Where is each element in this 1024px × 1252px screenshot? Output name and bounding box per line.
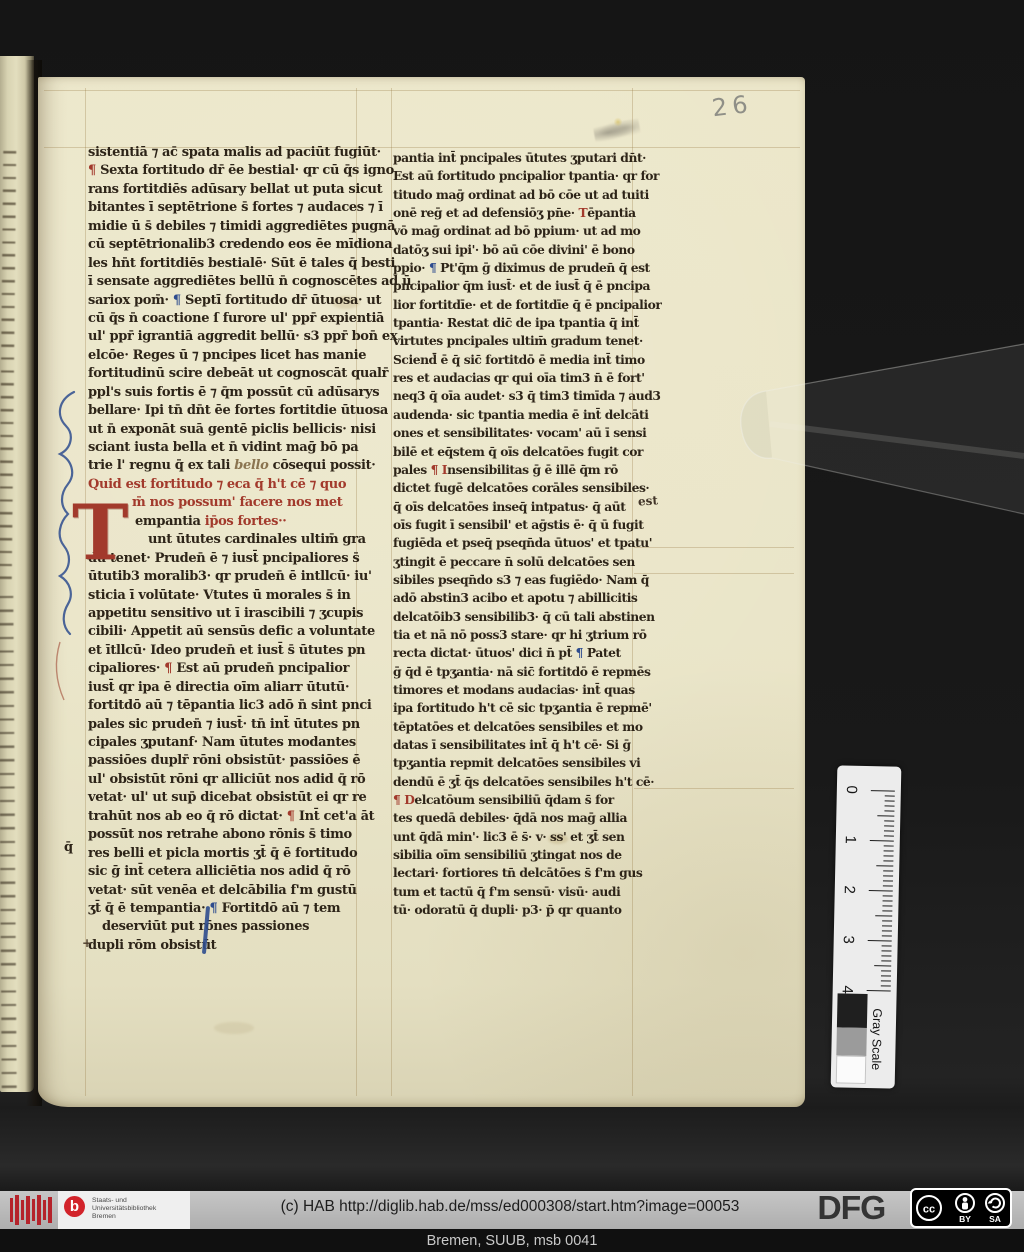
grayscale-light-patch xyxy=(836,1055,867,1084)
body-text: lior fortitdīe· et de fortitdīe q̄ ē pnc… xyxy=(393,297,661,312)
text-line: vetat· sūt venēa et delcābilia f'm gustū xyxy=(88,882,411,900)
ruler-tick xyxy=(883,875,893,877)
body-text: timores et modans audacias· int̄ quas xyxy=(393,682,635,697)
ruler: 01234 Gray Scale xyxy=(831,765,902,1088)
text-line: neq3 q̄ oīa audet· s3 q̄ tim3 timīda ⁊ a… xyxy=(393,387,661,405)
body-text: vetat· sūt venēa et delcābilia f'm gustū xyxy=(88,883,357,898)
ruler-tick xyxy=(881,985,891,987)
body-text: ul' obsistūt rōni qr alliciūt nos adid q… xyxy=(88,772,365,787)
body-text: tpʒantia repmit delcatōes sensibiles vi xyxy=(393,755,640,770)
body-text: sariox pom̄· xyxy=(88,293,173,308)
body-text: ppl's suis fortis ē ⁊ q̄m possūt cū adūs… xyxy=(88,385,379,400)
body-text: ʒt̄ q̄ ē tempantia· xyxy=(88,901,209,916)
svg-text:cc: cc xyxy=(923,1204,935,1216)
body-text: tpantia· Restat dic̄ de ipa tpantia q̄ i… xyxy=(393,315,639,330)
text-line: ppl's suis fortis ē ⁊ q̄m possūt cū adūs… xyxy=(88,384,411,402)
text-line: tpʒantia repmit delcatōes sensibiles vi xyxy=(393,754,661,772)
body-text: unt ūtutes cardinales ultim̄ gra xyxy=(148,532,366,547)
text-line: passiōes duplr̄ rōni obsistūt· passiōes … xyxy=(88,752,411,770)
stain xyxy=(214,1022,254,1034)
text-line: les hn̄t fortitdiēs bestialē· Sūt ē tale… xyxy=(88,255,411,273)
text-line: Est aū fortitudo pncipalior tpantia· qr … xyxy=(393,167,661,185)
library-name: Staats- und Universitätsbibliothek Breme… xyxy=(92,1197,156,1221)
body-text: trie l' regnu q̄ ex tali xyxy=(88,458,234,473)
body-text: sic ḡ int̄ cetera alliciētia nos adid q̄… xyxy=(88,864,351,879)
ruler-tick xyxy=(881,950,891,952)
body-text: Pt'q̄m ḡ diximus de pruden̄ q̄ est xyxy=(440,260,650,275)
text-line: datas ī sensibilitates int̄ q̄ h't cē· S… xyxy=(393,736,661,754)
suub-b-logo: b xyxy=(64,1196,85,1217)
insertion-mark: + xyxy=(82,936,92,950)
body-text: res et audacias qr qui oīa tim3 n̄ ē for… xyxy=(393,370,645,385)
ruler-number: 0 xyxy=(844,783,858,797)
body-text: possūt nos retrahe abono rōnis s̄ timo xyxy=(88,827,352,842)
text-line: sic ḡ int̄ cetera alliciētia nos adid q̄… xyxy=(88,863,411,881)
ruler-tick xyxy=(885,795,895,797)
dfg-logo: DFG xyxy=(817,1189,885,1227)
body-text: empantia xyxy=(135,514,205,529)
ruler-tick xyxy=(885,800,895,802)
body-text: cibili· Appetit aū sensūs defic a volunt… xyxy=(88,624,375,639)
text-line: cipales ʒputanf· Nam ūtutes modantes xyxy=(88,734,411,752)
stain-speck xyxy=(614,117,622,127)
body-text: ut n̄ exponāt suā gentē piclis bellicis·… xyxy=(88,422,376,437)
body-text: trahūt nos ab eo q̄ rō dictat· xyxy=(88,809,287,824)
text-line: bitantes ī septētrione s̄ fortes ⁊ audac… xyxy=(88,199,411,217)
text-line: ul' ppr̄ igrantiā aggredit bellū· s3 ppr… xyxy=(88,328,411,346)
text-line: onē reḡ et ad defensiōʒ pn̄e· Tēpantia xyxy=(393,204,661,222)
text-column-right: pantia int̄ pncipales ūtutes ʒputari dn̄… xyxy=(393,149,661,919)
text-line: unt q̄dā min'· lic3 ē s̄· v· ss' et ʒt̄ … xyxy=(393,828,661,846)
body-text: et ītllcū· Ideo pruden̄ et iust̄ s̄ ūtut… xyxy=(88,643,365,658)
text-line: dictet fugē delcatōes corāles sensibiles… xyxy=(393,479,661,497)
ruling-line xyxy=(44,90,800,91)
ruler-tick xyxy=(883,880,893,882)
ruler-tick xyxy=(875,915,892,917)
ruler-tick xyxy=(870,840,894,842)
body-text: neq3 q̄ oīa audet· s3 q̄ tim3 timīda ⁊ a… xyxy=(393,388,661,403)
ruler-number: 1 xyxy=(843,832,857,846)
text-line: empantia ip̄os fortes·· xyxy=(88,513,411,531)
grayscale-label: Gray Scale xyxy=(869,994,885,1084)
body-text: sistentiā ⁊ ac̄ spata malis ad paciūt fu… xyxy=(88,145,381,160)
ruler-tick xyxy=(881,980,891,982)
ruler-tick xyxy=(883,895,893,897)
text-line: dū tenet· Pruden̄ ē ⁊ iust̄ pncipaliores… xyxy=(88,550,411,568)
ruler-tick xyxy=(884,835,894,837)
text-line: ūtutib3 moralib3· qr pruden̄ ē intllcū· … xyxy=(88,568,411,586)
body-text: Est aū pruden̄ pncipalior xyxy=(176,661,349,676)
text-line: ¶ Delcatōum sensibiliū q̄dam s̄ for xyxy=(393,791,661,809)
text-line: tes quedā debiles· q̄dā nos maḡ allia xyxy=(393,809,661,827)
text-line: datōʒ sui ipi'· bō aū cōe divini' ē bono xyxy=(393,241,661,259)
library-name-line1: Staats- und xyxy=(92,1197,156,1205)
body-text: titudo maḡ ordinat ad bō cōe ut ad tuiti xyxy=(393,187,649,202)
text-line: sistentiā ⁊ ac̄ spata malis ad paciūt fu… xyxy=(88,144,411,162)
text-column-left: sistentiā ⁊ ac̄ spata malis ad paciūt fu… xyxy=(88,144,411,955)
body-text: pantia int̄ pncipales ūtutes ʒputari dn̄… xyxy=(393,150,646,165)
body-text: cū septētrionalib3 credendo eos ēe mīdio… xyxy=(88,237,392,252)
text-line: Quid est fortitudo ⁊ eca q̄ h't cē ⁊ quo xyxy=(88,476,411,494)
cc-license-badge: cc BY SA xyxy=(910,1188,1012,1228)
body-text: iust̄ qr ipa ē directia oīm aliarr ūtutū… xyxy=(88,680,349,695)
text-line: trie l' regnu q̄ ex tali bello cōsequi p… xyxy=(88,457,411,475)
body-text: ones et sensibilitates· vocam' aū ī sens… xyxy=(393,425,646,440)
ruler-tick xyxy=(882,910,892,912)
rubric-text: m̄ nos possum' facere nos met xyxy=(132,495,342,510)
body-text: unt q̄dā min'· lic3 ē s̄· v· ss' et ʒt̄ … xyxy=(393,829,625,844)
ruler-tick xyxy=(882,945,892,947)
text-line: fugiēda et pseq̄ pseqn̄da ūtuos' et tpat… xyxy=(393,534,661,552)
body-text: tia et nā nō poss3 stare· qr hi ʒtrium r… xyxy=(393,627,646,642)
text-line: ¶ Sexta fortitudo dr̄ ēe bestial· qr cū … xyxy=(88,162,411,180)
body-text: dendū ē ʒt̄ q̄s delcatōes sensibiles h't… xyxy=(393,774,654,789)
text-line: res belli et picla mortis ʒt̄ q̄ ē forti… xyxy=(88,845,411,863)
ruler-tick xyxy=(876,865,893,867)
body-text: cōsequi possit· xyxy=(268,458,375,473)
text-line: ḡ q̄d ē tpʒantia· nā sic̄ fortitdō ē rep… xyxy=(393,663,661,681)
svg-text:BY: BY xyxy=(959,1214,971,1224)
text-line: pncipalior q̄m iust̄· et de iust̄ q̄ ē p… xyxy=(393,277,661,295)
text-line: sticia ī volūtate· Vtutes ū morales s̄ i… xyxy=(88,587,411,605)
text-line: oīs fugit ī sensibil' et aḡstis ē· q̄ ū … xyxy=(393,516,661,534)
folio-number-pencil: 26 xyxy=(710,90,754,123)
shelfmark-text: Bremen, SUUB, msb 0041 xyxy=(262,1233,762,1249)
body-text: ī sensate aggrediētes bellū n̄ cognoscēt… xyxy=(88,274,411,289)
bleedthrough-text-fragments xyxy=(0,151,16,581)
text-line: recta dictat· ūtuos' dici n̄ pt̄ ¶ Patet xyxy=(393,644,661,662)
paraph-mark: ¶ xyxy=(429,260,440,275)
body-text: vō maḡ ordinat ad bō ppium· ut ad mo xyxy=(393,223,640,238)
body-text: nsensibilitas ḡ ē illē q̄m rō xyxy=(447,462,618,477)
text-line: ut n̄ exponāt suā gentē piclis bellicis·… xyxy=(88,421,411,439)
body-text: virtutes pncipales ultim̄ gradum tenet· xyxy=(393,333,643,348)
text-line: et ītllcū· Ideo pruden̄ et iust̄ s̄ ūtut… xyxy=(88,642,411,660)
ruler-tick xyxy=(882,935,892,937)
background-cloth xyxy=(0,1107,1024,1191)
ruler-tick xyxy=(883,855,893,857)
text-line: Sciend̄ ē q̄ sic̄ fortitdō ē media int̄ … xyxy=(393,351,661,369)
body-text: ēpantia xyxy=(587,205,636,220)
margin-note-right: est xyxy=(638,493,659,508)
text-line: titudo maḡ ordinat ad bō cōe ut ad tuiti xyxy=(393,186,661,204)
ruler-tick xyxy=(882,930,892,932)
ruler-tick xyxy=(881,960,891,962)
text-line: elcōe· Reges ū ⁊ pncipes licet has manie xyxy=(88,347,411,365)
text-line: delcatōib3 sensibilib3· q̄ cū tali absti… xyxy=(393,608,661,626)
body-text: datas ī sensibilitates int̄ q̄ h't cē· S… xyxy=(393,737,631,752)
body-text: fortitudinū scire debeāt ut cognoscāt qu… xyxy=(88,366,388,381)
text-line: fortitdō aū ⁊ tēpantia lic3 adō n̄ sint … xyxy=(88,697,411,715)
body-text: bellare· Ipi tn̄ dn̄t ēe fortes fortitdi… xyxy=(88,403,388,418)
ruler-tick xyxy=(883,870,893,872)
ruler-tick xyxy=(883,900,893,902)
ruler-number: 2 xyxy=(842,882,856,896)
text-line: lior fortitdīe· et de fortitdīe q̄ ē pnc… xyxy=(393,296,661,314)
text-line: unt ūtutes cardinales ultim̄ gra xyxy=(88,531,411,549)
text-line: iust̄ qr ipa ē directia oīm aliarr ūtutū… xyxy=(88,679,411,697)
text-line: vetat· ul' ut sup̄ dicebat obsistūt ei q… xyxy=(88,789,411,807)
library-name-line3: Bremen xyxy=(92,1213,156,1221)
body-text: pales sic pruden̄ ⁊ iust̄· tn̄ int̄ ūtut… xyxy=(88,717,360,732)
body-text: bello xyxy=(234,458,268,473)
body-text: elcōe· Reges ū ⁊ pncipes licet has manie xyxy=(88,348,366,363)
ruler-tick xyxy=(881,955,891,957)
body-text: audenda· sic tpantia media ē int̄ delcāt… xyxy=(393,407,648,422)
grayscale-mid-patch xyxy=(836,1027,867,1056)
text-line: virtutes pncipales ultim̄ gradum tenet· xyxy=(393,332,661,350)
body-text: sticia ī volūtate· Vtutes ū morales s̄ i… xyxy=(88,588,351,603)
bleedthrough-text-fragments xyxy=(0,596,17,1096)
paraph-mark: ¶ xyxy=(209,901,221,916)
text-line: adō abstin3 acibo et apotu ⁊ abillicitis xyxy=(393,589,661,607)
ruler-tick xyxy=(881,975,891,977)
pen-flourish xyxy=(46,380,90,710)
text-line: pales ¶ Insensibilitas ḡ ē illē q̄m rō xyxy=(393,461,661,479)
text-line: bilē et eq̄stem q̄ oīs delcatōes fugit c… xyxy=(393,443,661,461)
ruler-tick xyxy=(882,905,892,907)
text-line: cū septētrionalib3 credendo eos ēe mīdio… xyxy=(88,236,411,254)
text-line: deserviūt put rōnes passiones xyxy=(88,918,411,936)
text-line: ī sensate aggrediētes bellū n̄ cognoscēt… xyxy=(88,273,411,291)
margin-note-left: q̄ xyxy=(64,840,73,855)
ruler-tick xyxy=(885,805,895,807)
body-text: dupli rōm obsistūt xyxy=(88,938,216,953)
paraph-mark: ¶ xyxy=(173,293,185,308)
rubric-text: ¶ xyxy=(287,809,299,824)
body-text: rans fortitdiēs adūsary bellat ut puta s… xyxy=(88,182,382,197)
body-text: tum et tactū q̄ f'm sensū· visū· audi xyxy=(393,884,620,899)
body-text: vetat· ul' ut sup̄ dicebat obsistūt ei q… xyxy=(88,790,366,805)
body-text: q̄ oīs delcatōes inseq̄ intpatus· q̄ aūt xyxy=(393,499,625,514)
ruler-tick xyxy=(877,815,894,817)
digitized-manuscript-photo: 26 sistentiā ⁊ ac̄ spata malis ad paciūt… xyxy=(0,0,1024,1252)
body-text: ʒtingit ē peccare n̄ solū delcatōes sen xyxy=(393,554,635,569)
body-text: tēptatōes et delcatōes sensibiles et mo xyxy=(393,719,643,734)
text-line: ppio· ¶ Pt'q̄m ḡ diximus de pruden̄ q̄ e… xyxy=(393,259,661,277)
body-text: onē reḡ et ad defensiōʒ pn̄e· xyxy=(393,205,578,220)
ruler-tick xyxy=(884,830,894,832)
ruler-tick xyxy=(884,845,894,847)
body-text: elcatōum sensibiliū q̄dam s̄ for xyxy=(414,792,613,807)
text-line: ipa fortitudo h't cē sic tpʒantia ē repm… xyxy=(393,699,661,717)
ruler-tick xyxy=(884,850,894,852)
body-text: delcatōib3 sensibilib3· q̄ cū tali absti… xyxy=(393,609,655,624)
ruler-tick xyxy=(867,990,891,992)
body-text: ppio· xyxy=(393,260,429,275)
page-holder-clip xyxy=(736,336,1024,522)
text-line: dupli rōm obsistūt xyxy=(88,937,411,955)
ruler-tick xyxy=(882,920,892,922)
body-text: appetitu sensitivo ut ī irascibili ⁊ ʒcu… xyxy=(88,606,363,621)
body-text: pncipalior q̄m iust̄· et de iust̄ q̄ ē p… xyxy=(393,278,650,293)
body-text: sibiles pseqn̄do s3 ⁊ eas fugiēdo· Nam q… xyxy=(393,572,649,587)
body-text: les hn̄t fortitdiēs bestialē· Sūt ē tale… xyxy=(88,256,395,271)
text-line: ul' obsistūt rōni qr alliciūt nos adid q… xyxy=(88,771,411,789)
body-text: lectari· fortiores tn̄ delcātōes s̄ f'm … xyxy=(393,865,642,880)
text-line: timores et modans audacias· int̄ quas xyxy=(393,681,661,699)
body-text: oīs fugit ī sensibil' et aḡstis ē· q̄ ū … xyxy=(393,517,643,532)
text-line: tia et nā nō poss3 stare· qr hi ʒtrium r… xyxy=(393,626,661,644)
text-line: pales sic pruden̄ ⁊ iust̄· tn̄ int̄ ūtut… xyxy=(88,716,411,734)
text-line: midie ū s̄ debiles ⁊ timidi aggrediētes … xyxy=(88,218,411,236)
ruler-tick xyxy=(884,810,894,812)
text-line: ʒt̄ q̄ ē tempantia· ¶ Fortitdō aū ⁊ tem xyxy=(88,900,411,918)
body-text: cipaliores· xyxy=(88,661,164,676)
body-text: Sexta fortitudo dr̄ ēe bestial· qr cū q̄… xyxy=(100,163,394,178)
text-line: appetitu sensitivo ut ī irascibili ⁊ ʒcu… xyxy=(88,605,411,623)
body-text: cū q̄s n̄ coactione ſ furore ul' ppr̄ ex… xyxy=(88,311,384,326)
rubric-text: ¶ xyxy=(88,163,100,178)
paraph-mark: ¶ xyxy=(576,645,587,660)
ruler-tick xyxy=(868,940,892,942)
text-line: audenda· sic tpantia media ē int̄ delcāt… xyxy=(393,406,661,424)
rubric-text: T xyxy=(578,205,587,220)
body-text: Patet xyxy=(587,645,621,660)
rubric-text: ¶ D xyxy=(393,792,414,807)
copyright-text: (c) HAB http://diglib.hab.de/mss/ed00030… xyxy=(210,1198,810,1216)
text-line: sariox pom̄· ¶ Septī fortitudo dr̄ ūtuos… xyxy=(88,292,411,310)
text-line: fortitudinū scire debeāt ut cognoscāt qu… xyxy=(88,365,411,383)
text-line: res et audacias qr qui oīa tim3 n̄ ē for… xyxy=(393,369,661,387)
body-text: ūtutib3 moralib3· qr pruden̄ ē intllcū· … xyxy=(88,569,372,584)
body-text: dictet fugē delcatōes corāles sensibiles… xyxy=(393,480,649,495)
text-line: dendū ē ʒt̄ q̄s delcatōes sensibiles h't… xyxy=(393,773,661,791)
rubric-text: ip̄os fortes·· xyxy=(205,514,287,529)
body-text: fortitdō aū ⁊ tēpantia lic3 adō n̄ sint … xyxy=(88,698,372,713)
text-line: sibiles pseqn̄do s3 ⁊ eas fugiēdo· Nam q… xyxy=(393,571,661,589)
body-text: Septī fortitudo dr̄ ūtuosa· ut xyxy=(185,293,381,308)
body-text: recta dictat· ūtuos' dici n̄ pt̄ xyxy=(393,645,576,660)
body-text: cipales ʒputanf· Nam ūtutes modantes xyxy=(88,735,356,750)
body-text: sciant iusta bella et n̄ vidint maḡ bō p… xyxy=(88,440,358,455)
body-text: bilē et eq̄stem q̄ oīs delcatōes fugit c… xyxy=(393,444,643,459)
body-text: adō abstin3 acibo et apotu ⁊ abillicitis xyxy=(393,590,637,605)
body-text: tes quedā debiles· q̄dā nos maḡ allia xyxy=(393,810,627,825)
text-line: vō maḡ ordinat ad bō ppium· ut ad mo xyxy=(393,222,661,240)
text-line: cū q̄s n̄ coactione ſ furore ul' ppr̄ ex… xyxy=(88,310,411,328)
text-line: tum et tactū q̄ f'm sensū· visū· audi xyxy=(393,883,661,901)
text-line: q̄ oīs delcatōes inseq̄ intpatus· q̄ aūt xyxy=(393,498,661,516)
body-text: ḡ q̄d ē tpʒantia· nā sic̄ fortitdō ē rep… xyxy=(393,664,650,679)
rubric-text: ¶ xyxy=(164,661,176,676)
ruler-tick xyxy=(883,860,893,862)
text-line: tū· odoratū q̄ dupli· p3· p̄ qr quanto xyxy=(393,901,661,919)
body-text: ipa fortitudo h't cē sic tpʒantia ē repm… xyxy=(393,700,652,715)
body-text: sibilia oīm sensibiliū ʒtingat nos de xyxy=(393,847,622,862)
text-line: bellare· Ipi tn̄ dn̄t ēe fortes fortitdi… xyxy=(88,402,411,420)
ruler-tick xyxy=(882,925,892,927)
ruler-tick xyxy=(881,970,891,972)
ruler-tick xyxy=(874,965,891,967)
svg-text:SA: SA xyxy=(989,1214,1001,1224)
body-text: bitantes ī septētrione s̄ fortes ⁊ audac… xyxy=(88,200,383,215)
body-text: pales xyxy=(393,462,431,477)
body-text: fugiēda et pseq̄ pseqn̄da ūtuos' et tpat… xyxy=(393,535,652,550)
body-text: passiōes duplr̄ rōni obsistūt· passiōes … xyxy=(88,753,360,768)
body-text: Est aū fortitudo pncipalior tpantia· qr … xyxy=(393,168,659,183)
text-line: tpantia· Restat dic̄ de ipa tpantia q̄ i… xyxy=(393,314,661,332)
text-line: cipaliores· ¶ Est aū pruden̄ pncipalior xyxy=(88,660,411,678)
text-line: sibilia oīm sensibiliū ʒtingat nos de xyxy=(393,846,661,864)
body-text: res belli et picla mortis ʒt̄ q̄ ē forti… xyxy=(88,846,357,861)
body-text: tū· odoratū q̄ dupli· p3· p̄ qr quanto xyxy=(393,902,622,917)
body-text: Int̄ cet'a āt xyxy=(299,809,374,824)
text-line: pantia int̄ pncipales ūtutes ʒputari dn̄… xyxy=(393,149,661,167)
rubric-text: ¶ I xyxy=(431,462,448,477)
library-name-line2: Universitätsbibliothek xyxy=(92,1205,156,1213)
ruler-tick xyxy=(883,885,893,887)
body-text: datōʒ sui ipi'· bō aū cōe divini' ē bono xyxy=(393,242,635,257)
body-text: Fortitdō aū ⁊ tem xyxy=(222,901,341,916)
grayscale-dark-patch xyxy=(837,993,868,1028)
ruler-number: 3 xyxy=(841,932,855,946)
suub-bars-logo xyxy=(8,1194,56,1226)
text-line: possūt nos retrahe abono rōnis s̄ timo xyxy=(88,826,411,844)
ruler-tick xyxy=(871,790,895,792)
text-line: tēptatōes et delcatōes sensibiles et mo xyxy=(393,718,661,736)
text-line: ʒtingit ē peccare n̄ solū delcatōes sen xyxy=(393,553,661,571)
body-text: ul' ppr̄ igrantiā aggredit bellū· s3 ppr… xyxy=(88,329,397,344)
text-line: trahūt nos ab eo q̄ rō dictat· ¶ Int̄ ce… xyxy=(88,808,411,826)
text-line: m̄ nos possum' facere nos met xyxy=(88,494,411,512)
body-text: Sciend̄ ē q̄ sic̄ fortitdō ē media int̄ … xyxy=(393,352,645,367)
ruler-tick xyxy=(884,825,894,827)
text-line: sciant iusta bella et n̄ vidint maḡ bō p… xyxy=(88,439,411,457)
ruler-tick xyxy=(884,820,894,822)
text-line: ones et sensibilitates· vocam' aū ī sens… xyxy=(393,424,661,442)
ruler-tick xyxy=(869,890,893,892)
text-line: lectari· fortiores tn̄ delcātōes s̄ f'm … xyxy=(393,864,661,882)
body-text: midie ū s̄ debiles ⁊ timidi aggrediētes … xyxy=(88,219,395,234)
text-line: cibili· Appetit aū sensūs defic a volunt… xyxy=(88,623,411,641)
text-line: rans fortitdiēs adūsary bellat ut puta s… xyxy=(88,181,411,199)
